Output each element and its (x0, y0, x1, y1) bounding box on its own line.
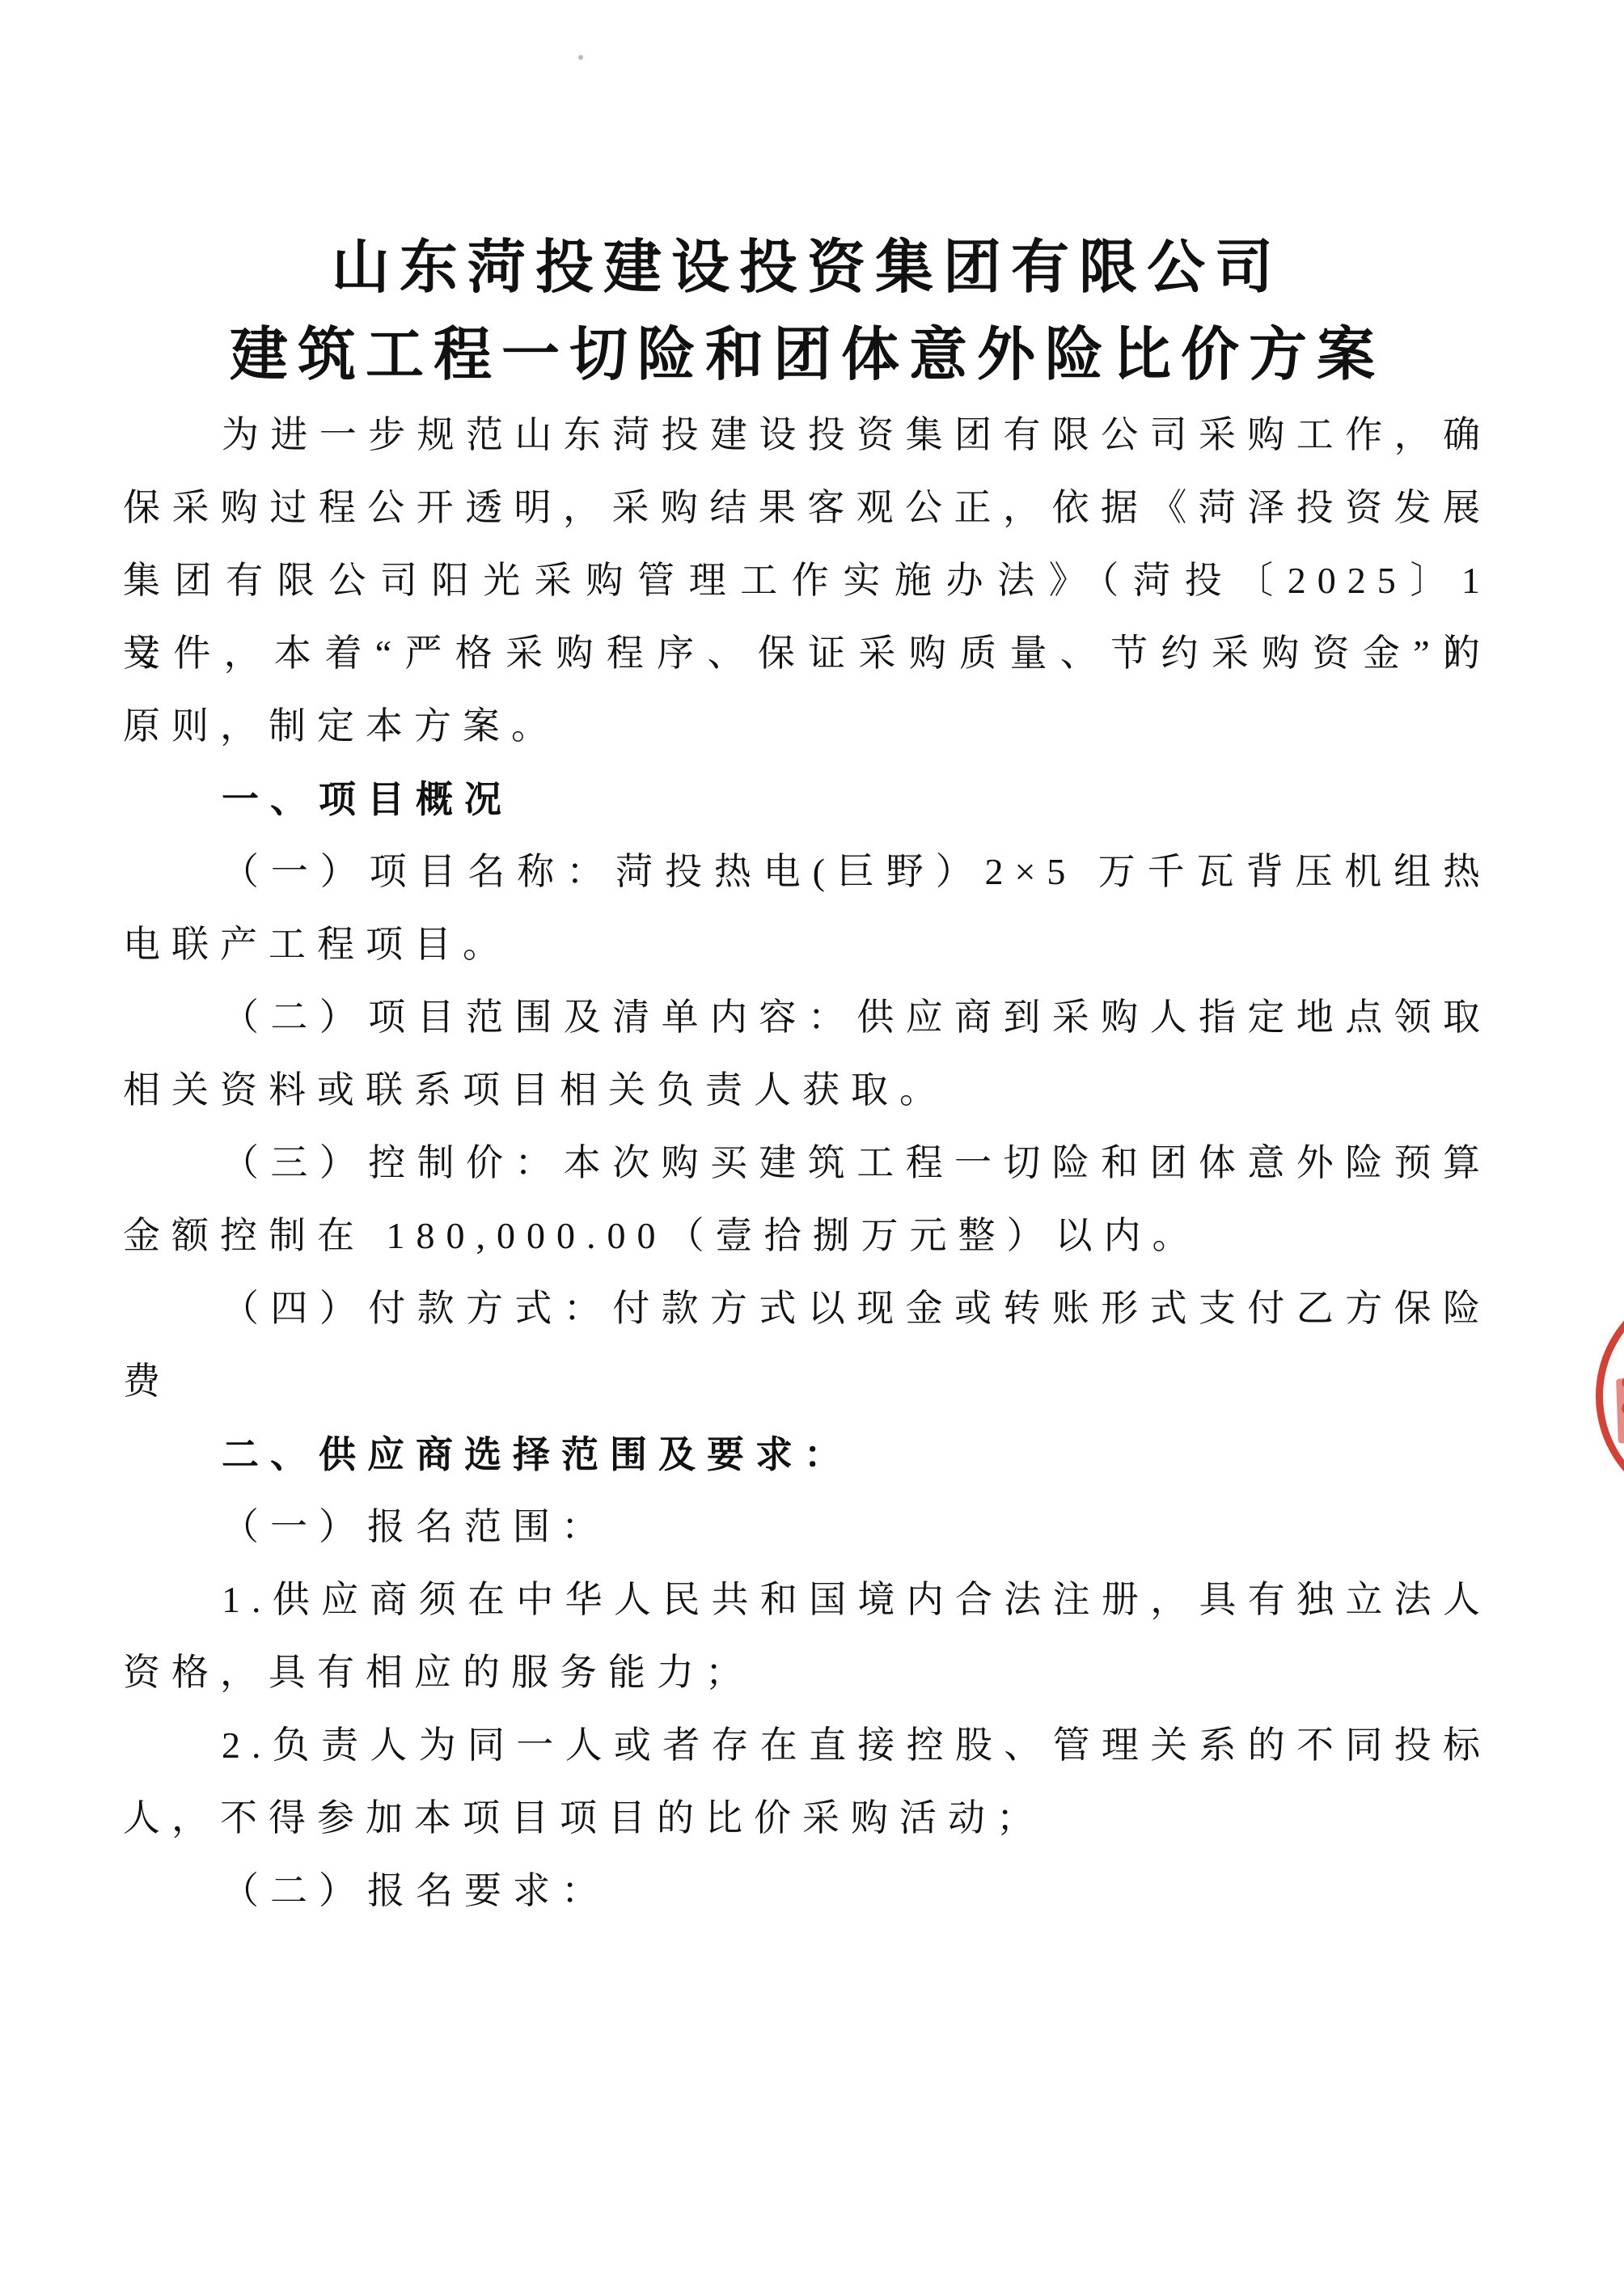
subheading-registration-scope: （一）报名范围： (123, 1491, 1491, 1564)
payment-method-line-1: （四）付款方式：付款方式以现金或转账形式支付乙方保险 (123, 1272, 1491, 1345)
project-scope-line-1: （二）项目范围及清单内容：供应商到采购人指定地点领取 (123, 981, 1491, 1054)
registration-item-2-line-2: 人，不得参加本项目项目的比价采购活动； (123, 1782, 1491, 1855)
project-name-line-2: 电联产工程项目。 (123, 908, 1491, 981)
registration-item-1-line-2: 资格，具有相应的服务能力； (123, 1636, 1491, 1709)
doc-title-line-2: 建筑工程一切险和团体意外险比价方案 (123, 311, 1491, 399)
intro-line-4: 文件，本着“严格采购程序、保证采购质量、节约采购资金”的 (123, 617, 1491, 690)
intro-line-5: 原则，制定本方案。 (123, 690, 1491, 763)
project-scope-line-2: 相关资料或联系项目相关负责人获取。 (123, 1054, 1491, 1127)
intro-line-2: 保采购过程公开透明，采购结果客观公正，依据《菏泽投资发展 (123, 472, 1491, 544)
heading-supplier-selection: 二、供应商选择范围及要求： (123, 1418, 1491, 1491)
control-price-line-1: （三）控制价：本次购买建筑工程一切险和团体意外险预算 (123, 1127, 1491, 1200)
title-block: 山东菏投建设投资集团有限公司 建筑工程一切险和团体意外险比价方案 (123, 0, 1491, 399)
document-page: 山东菏投建设投资集团有限公司 建筑工程一切险和团体意外险比价方案 为进一步规范山… (0, 0, 1624, 2281)
document-body: 山东菏投建设投资集团有限公司 建筑工程一切险和团体意外险比价方案 为进一步规范山… (123, 0, 1491, 1928)
project-name-line-1: （一）项目名称：菏投热电(巨野）2×5 万千瓦背压机组热 (123, 836, 1491, 908)
control-price-line-2: 金额控制在 180,000.00（壹拾捌万元整）以内。 (123, 1200, 1491, 1272)
intro-line-1: 为进一步规范山东菏投建设投资集团有限公司采购工作，确 (123, 399, 1491, 472)
intro-line-3: 集团有限公司阳光采购管理工作实施办法》（菏投〔2025〕1 号） (123, 544, 1491, 617)
payment-method-line-2: 费 (123, 1345, 1491, 1418)
registration-item-1-line-1: 1.供应商须在中华人民共和国境内合法注册，具有独立法人 (123, 1564, 1491, 1636)
heading-project-overview: 一、项目概况 (123, 763, 1491, 836)
official-red-seal (1581, 1267, 1624, 1526)
doc-title-line-1: 山东菏投建设投资集团有限公司 (123, 224, 1491, 311)
subheading-registration-requirements: （二）报名要求： (123, 1855, 1491, 1928)
registration-item-2-line-1: 2.负责人为同一人或者存在直接控股、管理关系的不同投标 (123, 1709, 1491, 1782)
